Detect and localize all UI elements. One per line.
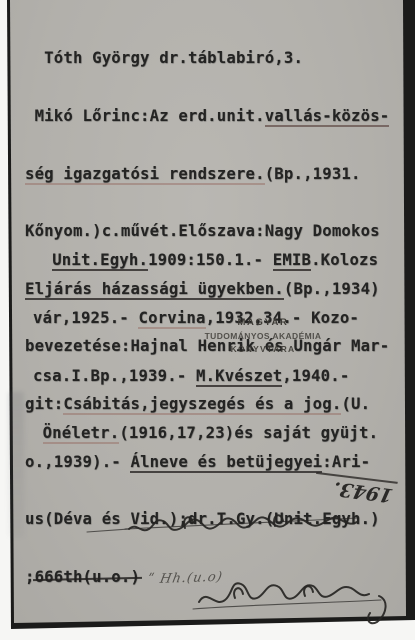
handwritten-note-middle [85,498,360,548]
bleed-through-smudge [8,392,24,537]
line-text [33,251,52,269]
handwritten-signature [183,568,401,632]
line-text: (1916,17,23)és saját gyüjt. [119,424,378,442]
line-text: 1909:150.1.- [148,251,273,269]
library-stamp: MAGYAR TUDOMÁNYOS AKADÉMIA KÖNYVTÁRA [197,317,329,354]
line-text: ,1940.- [282,367,349,385]
line-text: (Bp.,1931. [265,165,361,183]
stamp-line: MAGYAR [197,317,329,328]
typed-line: Tóth György dr.táblabiró,3. [25,49,389,68]
typed-line: ség igazgatósi rendszere.(Bp.,1931. [25,165,389,184]
underlined-text: vallás-közös- [265,107,390,127]
underlined-text: Önéletr. [43,424,120,444]
line-text: Mikó Lőrinc:Az erd.unit. [25,107,265,125]
stamp-line: KÖNYVTÁRA [197,344,329,354]
underlined-text: M.Kvészet [196,367,282,387]
line-text: Tóth György dr.táblabiró,3. [25,49,303,67]
underlined-text: EMIB [273,251,311,271]
line-text: ; [25,568,35,586]
struck-text: 666th(u.o.) [35,568,140,587]
line-text: .Kolozs [311,251,378,269]
line-text: vár,1925.- [33,309,138,327]
underlined-text: Unit.Egyh. [52,251,148,271]
typed-line: csa.I.Bp.,1939.- M.Kvészet,1940.- [33,367,378,386]
underlined-text: Corvina [138,309,205,329]
stamp-line: TUDOMÁNYOS AKADÉMIA [197,331,329,341]
line-text [33,424,43,442]
scanned-catalog-card-page: { "colors":{"paper":"#b2b0ab","ink":"#24… [0,0,415,640]
typed-line: Önéletr.(1916,17,23)és saját gyüjt. [33,424,378,443]
typed-line: Unit.Egyh.1909:150.1.- EMIB.Kolozs [33,251,378,270]
line-text: csa.I.Bp.,1939.- [33,367,196,385]
typed-line: Mikó Lőrinc:Az erd.unit.vallás-közös- [25,107,389,126]
underlined-text: ség igazgatósi rendszere. [25,165,265,185]
